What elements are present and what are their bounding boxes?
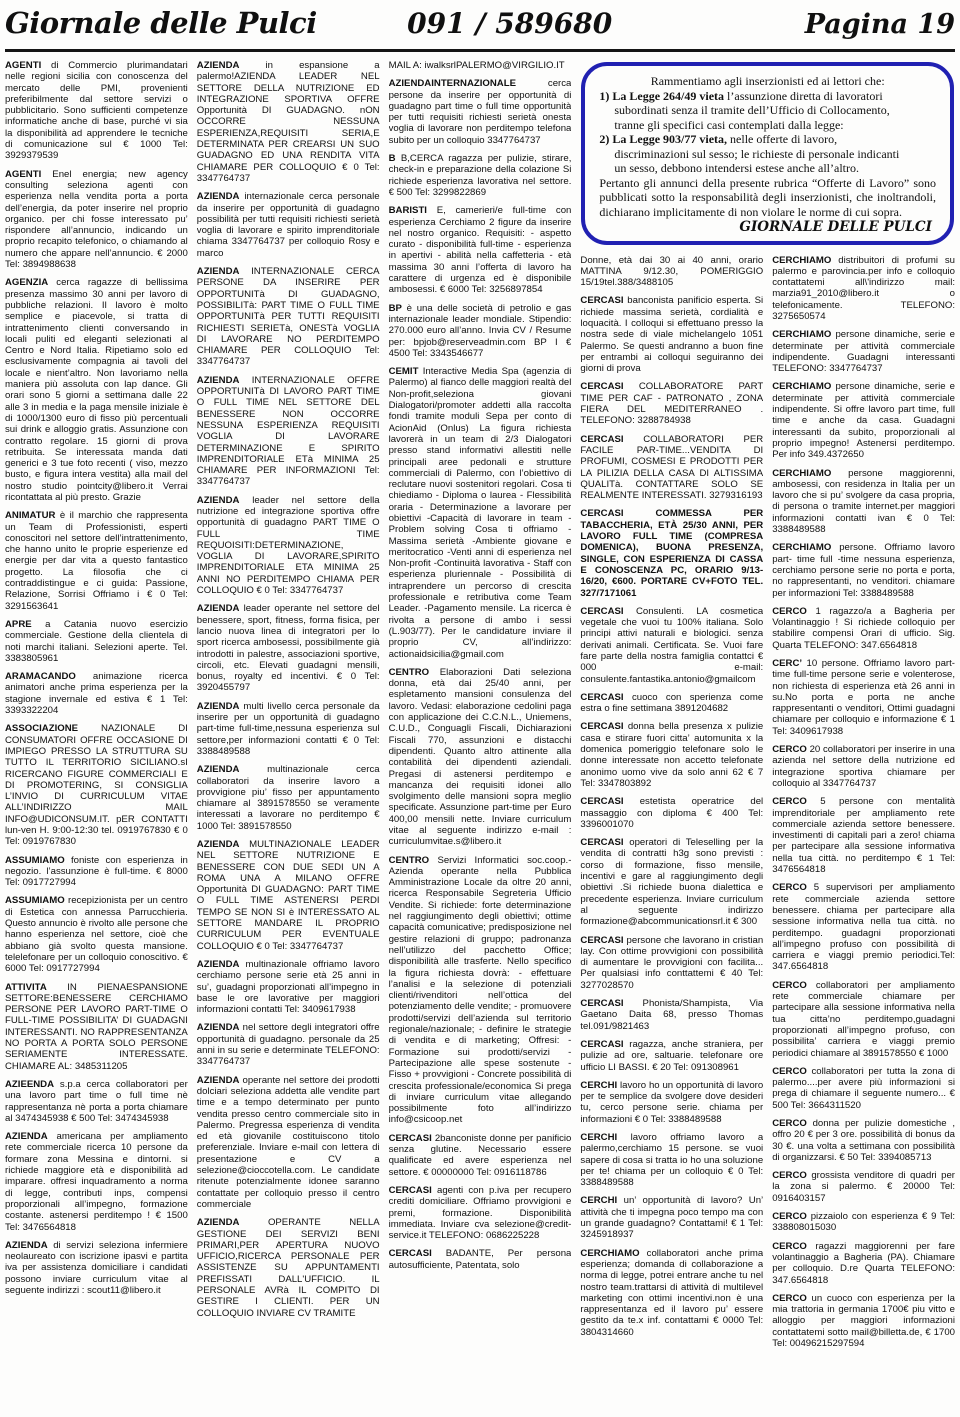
- ad-lead: CERCO: [772, 980, 807, 991]
- classified-ad: CERCO 5 supervisori per ampliamento rete…: [772, 882, 955, 972]
- ad-lead: CERCASI: [580, 998, 623, 1009]
- classified-ad: ANIMATUR è il marchio che rappresenta un…: [5, 510, 188, 612]
- ad-lead: AGENTI: [5, 60, 41, 71]
- classified-ad: ATTIVITA IN PIENAESPANSIONE SETTORE:BENE…: [5, 982, 188, 1072]
- classified-ad: AGENTI Enel energia; new agency consulti…: [5, 169, 188, 271]
- classified-ad: CERCO un cuoco con esperienza per la mia…: [772, 1293, 955, 1349]
- notice-footer: Pertanto gli annunci della presente rubr…: [599, 176, 936, 220]
- ad-lead: AZIENDA: [197, 603, 240, 614]
- ad-lead: AZIENDA: [197, 1217, 240, 1228]
- classified-ad: CERCO 1 ragazzo/a a Bagheria per Volanti…: [772, 606, 955, 651]
- notice-signature: GIORNALE DELLE PULCI: [599, 220, 932, 235]
- classified-ad: CERCASI ragazza, anche straniera, per pu…: [580, 1039, 763, 1073]
- ad-lead: AZIEENDA: [5, 1079, 54, 1090]
- ad-lead: AZIENDA: [197, 1022, 240, 1033]
- ad-lead: AZIENDAINTERNAZIONALE: [389, 78, 516, 89]
- classified-ad: CENTRO Servizi Informatici soc.coop.- Az…: [389, 855, 572, 1126]
- classified-ad: CERCHIAMO persone maggiorenni, ambosessi…: [772, 468, 955, 536]
- classified-ad: AGENTI di Commercio plurimandatari nelle…: [5, 60, 188, 162]
- column-5: CERCHIAMO distribuitori di profumi su pa…: [772, 255, 955, 1417]
- classified-ad: CERCO collaboratori per ampliamento rete…: [772, 980, 955, 1059]
- classified-ad: AZIENDA nel settore degli integratori of…: [197, 1022, 380, 1067]
- ad-lead: CERCHI: [580, 1080, 617, 1091]
- classifieds-grid: AGENTI di Commercio plurimandatari nelle…: [5, 60, 955, 1417]
- ad-lead: AZIENDA: [197, 375, 240, 386]
- ad-lead: AZIENDA: [5, 1131, 48, 1142]
- ad-lead: AGENTI: [5, 169, 41, 180]
- ad-lead: CERCASI: [580, 381, 623, 392]
- ad-lead: AZIENDA: [197, 764, 240, 775]
- ad-lead: ASSUMIAMO: [5, 855, 65, 866]
- classified-ad: CERC’ 10 persone. Offriamo lavoro part-t…: [772, 658, 955, 737]
- classified-ad: CEMIT Interactive Media Spa (agenzia di …: [389, 366, 572, 660]
- classified-ad: APRE a Catania nuovo esercizio commercia…: [5, 619, 188, 664]
- classified-ad: ASSUMIAMO foniste con esperienza in nego…: [5, 855, 188, 889]
- classified-ad: CERCASI persone che lavorano in cristian…: [580, 935, 763, 991]
- classified-ad: CERCASI COMMESSA PER TABACCHERIA, ETÀ 25…: [580, 508, 763, 598]
- ad-lead: CERCHI: [580, 1195, 617, 1206]
- ad-lead: CEMIT: [389, 366, 419, 377]
- classified-ad: AZIENDA americana per ampliamento rete c…: [5, 1131, 188, 1233]
- classified-ad: CERCASI BADANTE, Per persona autosuffici…: [389, 1248, 572, 1271]
- ad-lead: ARAMACANDO: [5, 671, 76, 682]
- ad-lead: CERCHIAMO: [772, 329, 831, 340]
- classified-ad: AZIENDA in espansione a palermo!AZIENDA …: [197, 60, 380, 184]
- ad-lead: CERCHIAMO: [580, 1248, 639, 1259]
- classified-ad: CERCASI Phonista/Shampista, Via Gaetano …: [580, 998, 763, 1032]
- classified-ad: AZIENDA multinazionale cerca collaborato…: [197, 764, 380, 832]
- ad-lead: AZIENDA: [197, 1075, 240, 1086]
- ad-lead: CERCO: [772, 606, 807, 617]
- newspaper-page: Giornale delle Pulci 091 / 589680 Pagina…: [0, 0, 960, 1417]
- classified-ad: AZIENDA multinazionale offriamo lavoro c…: [197, 959, 380, 1015]
- ad-lead: ATTIVITA: [5, 982, 47, 993]
- ad-lead: CERCO: [772, 1066, 807, 1077]
- ad-lead: CERCO: [772, 1170, 807, 1181]
- page-number: Pagina 19: [658, 9, 955, 40]
- notice-intro: Rammentiamo agli inserzionisti ed ai let…: [599, 74, 936, 89]
- classified-ad: AZIENDA di servizi seleziona infermiere …: [5, 1240, 188, 1296]
- ad-lead: AZIENDA: [197, 495, 240, 506]
- classified-ad: CERCASI operatori di Teleselling per la …: [580, 837, 763, 927]
- notice-law-item: 1) La Legge 264/49 vieta l’assunzione di…: [599, 89, 910, 133]
- ad-lead: CERCASI: [580, 837, 623, 848]
- ad-lead: CERCASI: [580, 1039, 623, 1050]
- ad-lead: CERCASI: [580, 935, 623, 946]
- notice-items: 1) La Legge 264/49 vieta l’assunzione di…: [599, 89, 936, 176]
- column-1: AGENTI di Commercio plurimandatari nelle…: [5, 60, 188, 1417]
- classified-ad: CERCASI COLLABORATORI PER FACILE PAR-TIM…: [580, 434, 763, 502]
- classified-ad: AZIENDA INTERNAZIONALE OFFRE OPPORTUNITà…: [197, 375, 380, 488]
- ad-lead: AZIENDA: [197, 60, 240, 71]
- ad-lead: CERCASI: [580, 721, 623, 732]
- paper-title: Giornale delle Pulci: [5, 6, 361, 40]
- ad-lead: AZIENDA: [5, 1240, 48, 1251]
- ad-lead: CERCASI: [580, 295, 623, 306]
- classified-ad: CERCO grossista venditore di quadri per …: [772, 1170, 955, 1204]
- classified-ad: CERCHI lavoro ho un opportunità di lavor…: [580, 1080, 763, 1125]
- classified-ad: BP è una delle società di petrolio e gas…: [389, 303, 572, 359]
- notice-law-bold: 2) La Legge 903/77 vieta,: [599, 132, 727, 146]
- classified-ad: AZIENDA operante nel settore dei prodott…: [197, 1075, 380, 1211]
- classified-ad: CERCHI lavoro offriamo lavoro a palermo,…: [580, 1132, 763, 1188]
- classified-ad: CERCASI Consulenti. LA cosmetica vegetal…: [580, 606, 763, 685]
- classified-ad: CERCHI un’ opportunità di lavoro? Un’ at…: [580, 1195, 763, 1240]
- classified-ad: CERCASI banconista panificio esperta. Si…: [580, 295, 763, 374]
- classified-ad: AZIENDA OPERANTE NELLA GESTIONE DEI SERV…: [197, 1217, 380, 1319]
- ad-lead: CERCO: [772, 1293, 807, 1304]
- ad-lead: CERCO: [772, 744, 807, 755]
- ad-lead: CERCASI: [580, 508, 623, 519]
- classified-ad: ASSOCIAZIONE NAZIONALE DI CONSUMATORI OF…: [5, 723, 188, 847]
- ad-lead: CERCHIAMO: [772, 542, 831, 553]
- column-2: AZIENDA in espansione a palermo!AZIENDA …: [197, 60, 380, 1417]
- classified-ad: B B,CERCA ragazza per pulizie, stirare, …: [389, 153, 572, 198]
- classified-ad: BARISTI E, camerieri/e full-time con esp…: [389, 205, 572, 295]
- classified-ad: MAIL A: iwalksrlPALERMO@VIRGILIO.IT: [389, 60, 572, 71]
- masthead-phone: 091 / 589680: [361, 7, 658, 40]
- classified-ad: AZIENDA MULTINAZIONALE LEADER NEL SETTOR…: [197, 839, 380, 952]
- classified-ad: AZIENDAINTERNAZIONALE cerca persone da i…: [389, 78, 572, 146]
- ad-lead: AZIENDA: [197, 839, 240, 850]
- classified-ad: CERCO 20 collaboratori per inserire in u…: [772, 744, 955, 789]
- ad-lead: CERCHIAMO: [772, 468, 831, 479]
- classified-ad: CERCO 5 persone con mentalità imprendito…: [772, 796, 955, 875]
- classified-ad: AZIENDA INTERNAZIONALE CERCA PERSONE DA …: [197, 266, 380, 368]
- ad-lead: CERCHIAMO: [772, 255, 831, 266]
- ad-lead: CERCASI: [389, 1185, 432, 1196]
- ad-lead: AZIENDA: [197, 266, 240, 277]
- ad-lead: CENTRO: [389, 667, 430, 678]
- ad-lead: CERCO: [772, 796, 807, 807]
- classified-ad: CERCO collaboratori per tutta la zona di…: [772, 1066, 955, 1111]
- classified-ad: CERCASI cuoco con sperienza come estra o…: [580, 692, 763, 715]
- ad-lead: BARISTI: [389, 205, 427, 216]
- column-3: MAIL A: iwalksrlPALERMO@VIRGILIO.ITAZIEN…: [389, 60, 572, 1417]
- classified-ad: CERCO donna per pulizie domestiche , off…: [772, 1118, 955, 1163]
- classified-ad: Donne, età dai 30 ai 40 anni, orario MAT…: [580, 255, 763, 289]
- ad-lead: CERCO: [772, 1118, 807, 1129]
- classified-ad: CERCHIAMO persone. Offriamo lavoro part-…: [772, 542, 955, 598]
- ad-lead: CERCASI: [580, 796, 623, 807]
- classified-ad: ARAMACANDO animazione ricerca animatori …: [5, 671, 188, 716]
- classified-ad: CERCASI 2banconiste donne per panificio …: [389, 1133, 572, 1178]
- legal-notice-box: Rammentiamo agli inserzionisti ed ai let…: [581, 62, 954, 245]
- ad-lead: CERCASI: [580, 434, 623, 445]
- classified-ad: AGENZIA cerca ragazze di bellissima pres…: [5, 277, 188, 503]
- ad-lead: CERCASI: [580, 692, 623, 703]
- classified-ad: CERCHIAMO persone dinamiche, serie e det…: [772, 329, 955, 374]
- masthead: Giornale delle Pulci 091 / 589680 Pagina…: [5, 6, 955, 46]
- notice-law-item: 2) La Legge 903/77 vieta, nelle offerte …: [599, 132, 910, 176]
- ad-lead: CERCASI: [580, 606, 623, 617]
- classified-ad: AZIENDA leader nel settore della nutrizi…: [197, 495, 380, 597]
- ad-lead: BP: [389, 303, 402, 314]
- ad-lead: CERCASI: [389, 1248, 432, 1259]
- classified-ad: CERCHIAMO collaboratori anche prima espe…: [580, 1248, 763, 1338]
- classified-ad: AZIENDA leader operante nel settore del …: [197, 603, 380, 693]
- ad-lead: CERC’: [772, 658, 802, 669]
- ad-lead: AZIENDA: [197, 191, 240, 202]
- ad-lead: ANIMATUR: [5, 510, 55, 521]
- ad-lead: AZIENDA: [197, 959, 240, 970]
- ad-lead: CERCO: [772, 1241, 807, 1252]
- ad-lead: ASSUMIAMO: [5, 895, 65, 906]
- ad-lead: CERCHIAMO: [772, 381, 831, 392]
- classified-ad: AZIENDA multi livello cerca personale da…: [197, 701, 380, 757]
- ad-lead: APRE: [5, 619, 32, 630]
- classified-ad: CERCHIAMO distribuitori di profumi su pa…: [772, 255, 955, 323]
- ad-lead: AZIENDA: [197, 701, 240, 712]
- classified-ad: AZIENDA internazionale cerca personale d…: [197, 191, 380, 259]
- classified-ad: CERCHIAMO persone dinamiche, serie e det…: [772, 381, 955, 460]
- ad-lead: CERCASI: [389, 1133, 432, 1144]
- ad-lead: AGENZIA: [5, 277, 48, 288]
- classified-ad: CERCO pizzaiolo con esperienza € 9 Tel: …: [772, 1211, 955, 1234]
- classified-ad: CERCASI agenti con p.iva per recupero cr…: [389, 1185, 572, 1241]
- ad-lead: CERCO: [772, 882, 807, 893]
- notice-law-bold: 1) La Legge 264/49 vieta: [599, 89, 724, 103]
- classified-ad: ASSUMIAMO recepizionista per un centro d…: [5, 895, 188, 974]
- classified-ad: CENTRO Elaborazioni Dati seleziona donna…: [389, 667, 572, 848]
- ad-lead: CERCHI: [580, 1132, 617, 1143]
- classified-ad: CERCASI estetista operatrice del massagg…: [580, 796, 763, 830]
- ad-lead: CENTRO: [389, 855, 430, 866]
- classified-ad: CERCASI donna bella presenza x pulizie c…: [580, 721, 763, 789]
- ad-lead: B: [389, 153, 396, 164]
- ad-lead: CERCO: [772, 1211, 807, 1222]
- classified-ad: CERCASI COLLABORATORE PART TIME PER CAF …: [580, 381, 763, 426]
- column-4: Donne, età dai 30 ai 40 anni, orario MAT…: [580, 255, 763, 1417]
- masthead-divider: [5, 49, 955, 52]
- classified-ad: CERCO ragazzi maggiorenni per fare volan…: [772, 1241, 955, 1286]
- ad-lead: ASSOCIAZIONE: [5, 723, 78, 734]
- classified-ad: AZIEENDA s.p.a cerca collaboratori per u…: [5, 1079, 188, 1124]
